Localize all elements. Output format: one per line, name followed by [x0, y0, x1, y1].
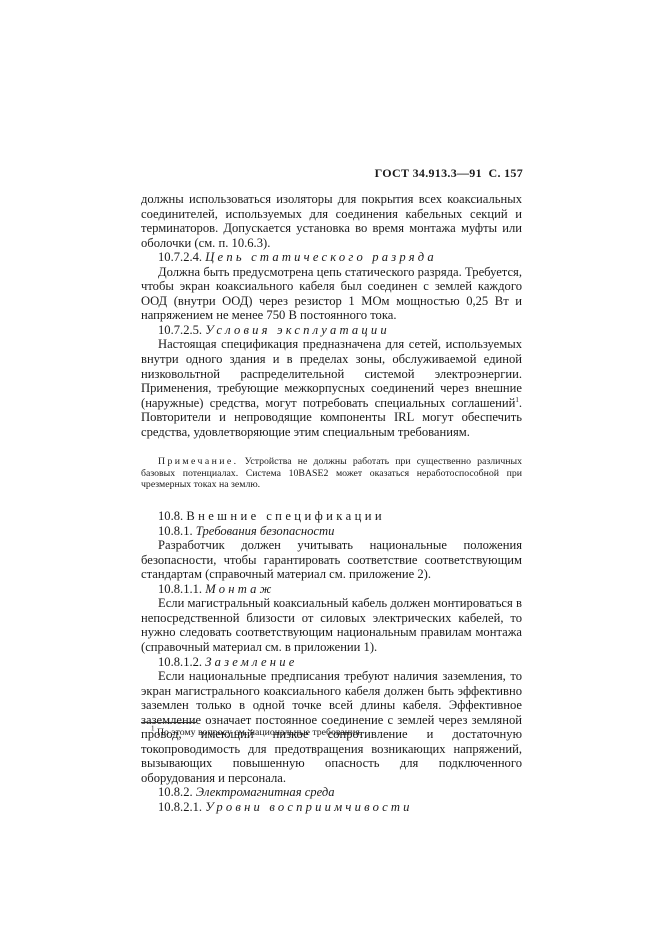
section-heading-10725: 10.7.2.5. Условия эксплуатации	[141, 323, 522, 338]
document-body: должны использоваться изоляторы для покр…	[141, 192, 522, 815]
standard-number: ГОСТ 34.913.3—91	[375, 166, 482, 180]
section-heading-10724: 10.7.2.4. Цепь статического разряда	[141, 250, 522, 265]
section-heading-10811: 10.8.1.1. Монтаж	[141, 582, 522, 597]
note: Примечание. Устройства не должны работат…	[141, 456, 522, 491]
section-heading-1082: 10.8.2. Электромагнитная среда	[141, 785, 522, 800]
paragraph: Если магистральный коаксиальный кабель д…	[141, 596, 522, 654]
footnote: 1 По этому вопросу см. национальные треб…	[151, 727, 362, 738]
paragraph: Разработчик должен учитывать национальны…	[141, 538, 522, 582]
page-header: ГОСТ 34.913.3—91 С. 157	[141, 166, 523, 181]
note-label: Примечание.	[158, 456, 238, 467]
paragraph: Должна быть предусмотрена цепь статическ…	[141, 265, 522, 323]
section-heading-108: 10.8. Внешние спецификации	[141, 509, 522, 524]
footnote-divider	[141, 722, 196, 723]
section-heading-10821: 10.8.2.1. Уровни восприимчивости	[141, 800, 522, 815]
paragraph: должны использоваться изоляторы для покр…	[141, 192, 522, 250]
section-heading-10812: 10.8.1.2. Заземление	[141, 655, 522, 670]
page-number: С. 157	[489, 166, 523, 180]
section-heading-1081: 10.8.1. Требования безопасности	[141, 524, 522, 539]
paragraph: Настоящая спецификация предназначена для…	[141, 337, 522, 439]
